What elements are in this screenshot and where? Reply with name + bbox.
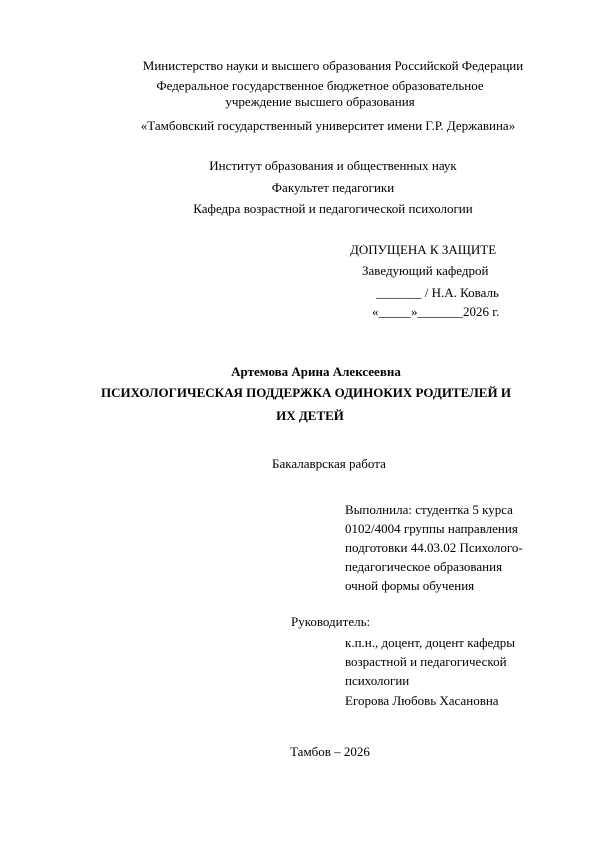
work-title-line-2: ИХ ДЕТЕЙ: [276, 408, 344, 424]
performer-line: педагогическое образования: [345, 559, 502, 575]
author-name: Артемова Арина Алексеевна: [231, 364, 401, 380]
supervisor-line: к.п.н., доцент, доцент кафедры: [345, 635, 515, 651]
approval-signature: _______ / Н.А. Коваль: [376, 285, 499, 301]
supervisor-label: Руководитель:: [291, 614, 370, 630]
university-name: «Тамбовский государственный университет …: [141, 118, 515, 134]
institution-line-2: учреждение высшего образования: [225, 94, 414, 110]
approval-role: Заведующий кафедрой: [362, 263, 488, 279]
institution-line-1: Федеральное государственное бюджетное об…: [156, 78, 483, 94]
supervisor-line: возрастной и педагогической: [345, 654, 507, 670]
supervisor-line: Егорова Любовь Хасановна: [345, 693, 499, 709]
approval-date: «_____»_______2026 г.: [372, 304, 499, 320]
faculty-name: Факультет педагогики: [272, 180, 394, 196]
performer-line: Выполнила: студентка 5 курса: [345, 502, 513, 518]
city-year: Тамбов – 2026: [290, 744, 370, 760]
work-title-line-1: ПСИХОЛОГИЧЕСКАЯ ПОДДЕРЖКА ОДИНОКИХ РОДИТ…: [101, 385, 511, 401]
work-type: Бакалаврская работа: [272, 456, 386, 472]
supervisor-line: психологии: [345, 673, 409, 689]
performer-line: 0102/4004 группы направления: [345, 521, 518, 537]
ministry-line: Министерство науки и высшего образования…: [143, 58, 523, 74]
institute-name: Институт образования и общественных наук: [209, 158, 457, 174]
performer-line: очной формы обучения: [345, 578, 474, 594]
performer-line: подготовки 44.03.02 Психолого-: [345, 540, 523, 556]
chair-name: Кафедра возрастной и педагогической псих…: [193, 201, 472, 217]
approval-title: ДОПУЩЕНА К ЗАЩИТЕ: [350, 242, 496, 258]
